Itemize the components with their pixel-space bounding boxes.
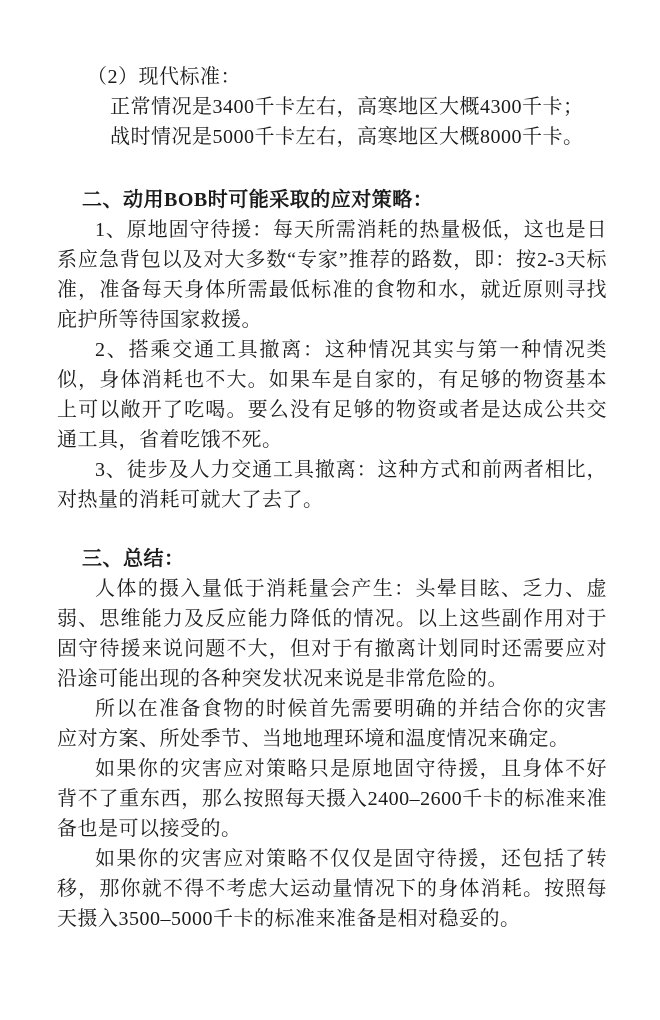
modern-standard-label: （2）现代标准： xyxy=(57,62,607,92)
wartime-situation-line: 战时情况是5000千卡左右，高寒地区大概8000千卡。 xyxy=(57,122,607,152)
strategy-3-on-foot-evacuation-paragraph: 3、徒步及人力交通工具撤离：这种方式和前两者相比，对热量的消耗可就大了去了。 xyxy=(57,455,607,515)
normal-situation-line: 正常情况是3400千卡左右，高寒地区大概4300千卡； xyxy=(57,92,607,122)
document-page: （2）现代标准： 正常情况是3400千卡左右，高寒地区大概4300千卡； 战时情… xyxy=(0,0,660,1020)
section-summary-heading: 三、总结： xyxy=(57,544,607,574)
summary-evacuation-intake-paragraph: 如果你的灾害应对策略不仅仅是固守待援，还包括了转移，那你就不得不考虑大运动量情况… xyxy=(57,844,607,934)
strategy-2-vehicle-evacuation-paragraph: 2、搭乘交通工具撤离：这种情况其实与第一种情况类似，身体消耗也不大。如果车是自家… xyxy=(57,335,607,455)
summary-food-planning-paragraph: 所以在准备食物的时候首先需要明确的并结合你的灾害应对方案、所处季节、当地地理环境… xyxy=(57,694,607,754)
summary-stay-put-intake-paragraph: 如果你的灾害应对策略只是原地固守待援，且身体不好背不了重东西，那么按照每天摄入2… xyxy=(57,754,607,844)
section-strategies-heading: 二、动用BOB时可能采取的应对策略： xyxy=(57,185,607,215)
summary-intake-deficit-paragraph: 人体的摄入量低于消耗量会产生：头晕目眩、乏力、虚弱、思维能力及反应能力降低的情况… xyxy=(57,574,607,694)
modern-standard-block: （2）现代标准： 正常情况是3400千卡左右，高寒地区大概4300千卡； 战时情… xyxy=(57,62,607,152)
strategy-1-stay-put-paragraph: 1、原地固守待援：每天所需消耗的热量极低，这也是日系应急背包以及对大多数“专家”… xyxy=(57,215,607,335)
